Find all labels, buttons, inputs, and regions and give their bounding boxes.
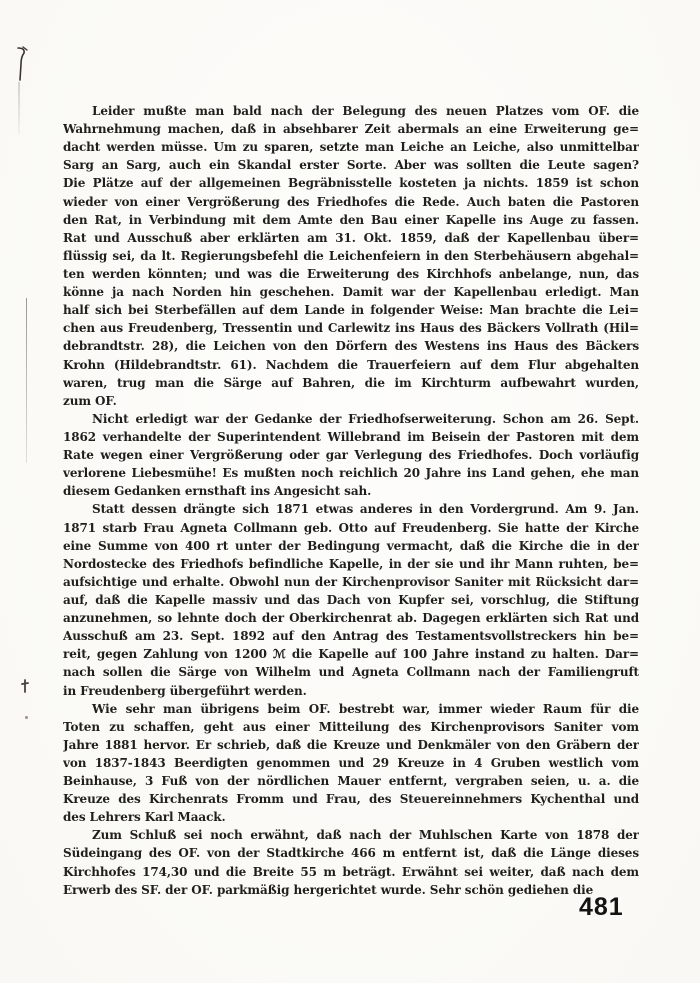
text-line: Toten zu schaffen, geht aus einer Mittei… [63, 718, 639, 736]
text-line: half sich bei Sterbefällen auf dem Lande… [63, 301, 639, 319]
text-line: Beinhause, 3 Fuß von der nördlichen Maue… [63, 772, 639, 790]
text-line: Kreuze des Kirchenrats Fromm und Frau, d… [63, 790, 639, 808]
paragraph: Nicht erledigt war der Gedanke der Fried… [63, 410, 639, 501]
paragraph: Statt dessen drängte sich 1871 etwas and… [63, 500, 639, 699]
ink-dot [25, 716, 28, 719]
ink-mark-icon [14, 44, 30, 84]
text-line: flüssig sei, da lt. Regierungsbefehl die… [63, 247, 639, 265]
text-line: anzunehmen, so lehnte doch der Oberkirch… [63, 609, 639, 627]
text-line: ten werden könnten; und was die Erweiter… [63, 265, 639, 283]
text-line: von 1837-1843 Beerdigten genommen und 29… [63, 754, 639, 772]
text-line: Wahrnehmung machen, daß in absehbarer Ze… [63, 120, 639, 138]
text-line: Südeingang des OF. von der Stadtkirche 4… [63, 844, 639, 862]
text-line: zum OF. [63, 392, 639, 410]
ink-blot-icon [20, 678, 30, 698]
text-line: eine Summe von 400 rt unter der Bedingun… [63, 537, 639, 555]
paragraph: Wie sehr man übrigens beim OF. bestrebt … [63, 700, 639, 827]
book-page: Leider mußte man bald nach der Belegung … [0, 0, 700, 983]
text-line: aufsichtige und erhalte. Obwohl nun der … [63, 573, 639, 591]
text-line: Rate wegen einer Vergrößerung oder gar V… [63, 446, 639, 464]
scan-streak-line [26, 298, 27, 463]
text-line: 1871 starb Frau Agneta Collmann geb. Ott… [63, 519, 639, 537]
page-number: 481 [579, 893, 624, 922]
text-line: in Freudenberg übergeführt werden. [63, 682, 639, 700]
text-line: Statt dessen drängte sich 1871 etwas and… [63, 500, 639, 518]
text-line: Sarg an Sarg, auch ein Skandal erster So… [63, 156, 639, 174]
text-line: nach sollen die Särge von Wilhelm und Ag… [63, 663, 639, 681]
paragraph: Zum Schluß sei noch erwähnt, daß nach de… [63, 826, 639, 898]
text-line: waren, trug man die Särge auf Bahren, di… [63, 374, 639, 392]
text-line: Die Plätze auf der allgemeinen Begräbnis… [63, 174, 639, 192]
text-line: verlorene Liebesmühe! Es mußten noch rei… [63, 464, 639, 482]
text-line: den Rat, in Verbindung mit dem Amte den … [63, 211, 639, 229]
text-line: Erwerb des SF. der OF. parkmäßig hergeri… [63, 881, 639, 899]
text-line: Wie sehr man übrigens beim OF. bestrebt … [63, 700, 639, 718]
text-line: Nicht erledigt war der Gedanke der Fried… [63, 410, 639, 428]
text-line: Ausschuß am 23. Sept. 1892 auf den Antra… [63, 627, 639, 645]
text-line: Leider mußte man bald nach der Belegung … [63, 102, 639, 120]
text-line: könne ja nach Norden hin geschehen. Dami… [63, 283, 639, 301]
text-line: Kirchhofes 174,30 und die Breite 55 m be… [63, 863, 639, 881]
text-line: Jahre 1881 hervor. Er schrieb, daß die K… [63, 736, 639, 754]
paragraph: Leider mußte man bald nach der Belegung … [63, 102, 639, 410]
text-line: reit, gegen Zahlung von 1200 ℳ die Kapel… [63, 645, 639, 663]
text-line: auf, daß die Kapelle massiv und das Dach… [63, 591, 639, 609]
text-line: Rat und Ausschuß aber erklärten am 31. O… [63, 229, 639, 247]
ink-smudge [18, 82, 20, 134]
text-line: wieder von einer Vergrößerung des Friedh… [63, 193, 639, 211]
text-line: 1862 verhandelte der Superintendent Will… [63, 428, 639, 446]
text-line: Nordostecke des Friedhofs befindliche Ka… [63, 555, 639, 573]
text-line: Zum Schluß sei noch erwähnt, daß nach de… [63, 826, 639, 844]
text-line: diesem Gedanken ernsthaft ins Angesicht … [63, 482, 639, 500]
text-block: Leider mußte man bald nach der Belegung … [63, 102, 639, 899]
text-line: debrandtstr. 28), die Leichen von den Dö… [63, 337, 639, 355]
text-line: des Lehrers Karl Maack. [63, 808, 639, 826]
text-line: chen aus Freudenberg, Tressentin und Car… [63, 319, 639, 337]
text-line: dacht werden müsse. Um zu sparen, setzte… [63, 138, 639, 156]
text-line: Krohn (Hildebrandtstr. 61). Nachdem die … [63, 356, 639, 374]
